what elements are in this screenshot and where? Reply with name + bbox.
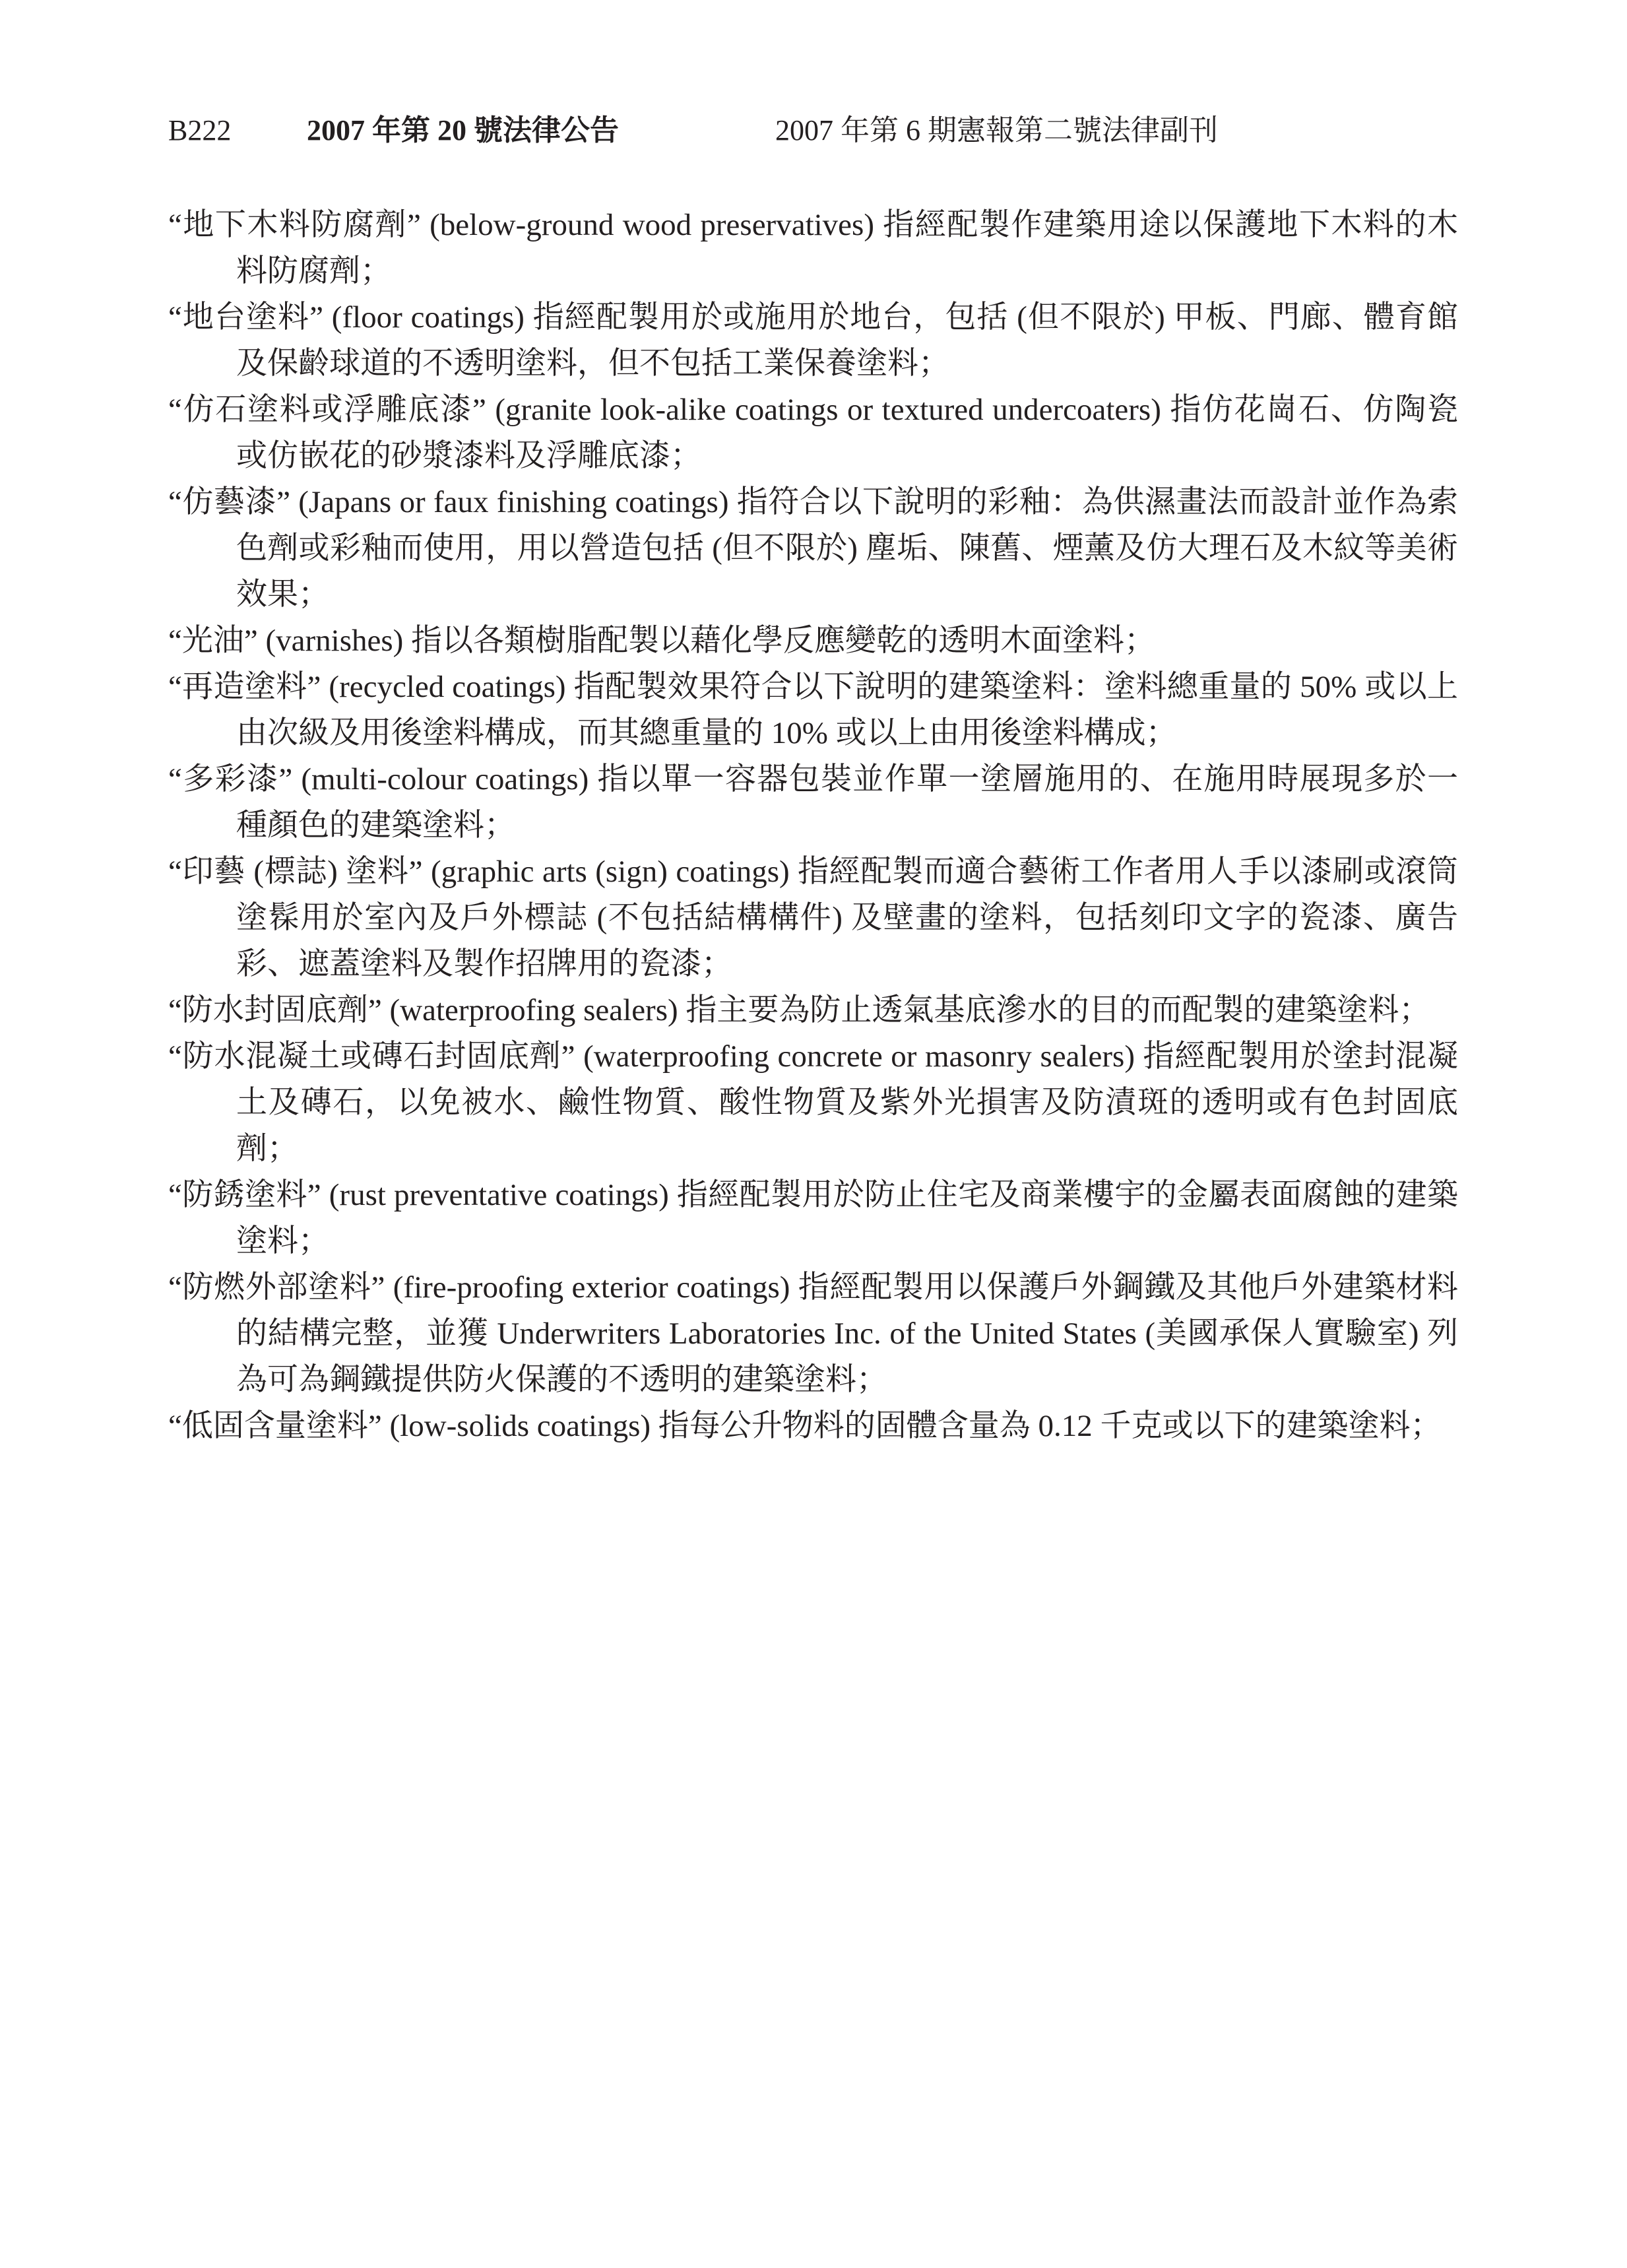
term-english: (waterproofing sealers) <box>389 993 678 1027</box>
term-english: (varnishes) <box>265 624 403 658</box>
term-chinese: “防銹塗料” <box>168 1178 321 1212</box>
term-chinese: “地台塗料” <box>168 300 323 335</box>
term-english: (waterproofing concrete or masonry seale… <box>583 1039 1135 1074</box>
page-number: B222 <box>168 111 231 150</box>
definition-multi-colour-coatings: “多彩漆” (multi-colour coatings) 指以單一容器包裝並作… <box>168 756 1458 849</box>
legal-notice-title: 2007 年第 20 號法律公告 <box>307 111 619 150</box>
term-english: (rust preventative coatings) <box>329 1178 669 1212</box>
term-chinese: “印藝 (標誌) 塗料” <box>168 855 422 889</box>
gazette-supplement-title: 2007 年第 6 期憲報第二號法律副刊 <box>775 111 1218 150</box>
page-header: B222 2007 年第 20 號法律公告 2007 年第 6 期憲報第二號法律… <box>168 111 1461 150</box>
definition-varnishes: “光油” (varnishes) 指以各類樹脂配製以藉化學反應變乾的透明木面塗料… <box>168 618 1458 664</box>
term-chinese: “再造塗料” <box>168 670 321 704</box>
definition-recycled-coatings: “再造塗料” (recycled coatings) 指配製效果符合以下說明的建… <box>168 664 1458 756</box>
term-english: (floor coatings) <box>332 300 525 335</box>
definitions-list: “地下木料防腐劑” (below-ground wood preservativ… <box>168 202 1458 1449</box>
definition-floor-coatings: “地台塗料” (floor coatings) 指經配製用於或施用於地台，包括 … <box>168 294 1458 387</box>
term-english: (graphic arts (sign) coatings) <box>431 855 790 889</box>
definition-graphic-arts-sign-coatings: “印藝 (標誌) 塗料” (graphic arts (sign) coatin… <box>168 849 1458 987</box>
term-english: (recycled coatings) <box>329 670 565 704</box>
definition-rust-preventative-coatings: “防銹塗料” (rust preventative coatings) 指經配製… <box>168 1172 1458 1264</box>
term-english: (low-solids coatings) <box>389 1409 651 1443</box>
term-english: (Japans or faux finishing coatings) <box>298 485 728 519</box>
definition-text: 指以各類樹脂配製以藉化學反應變乾的透明木面塗料； <box>411 624 1155 658</box>
term-english: (granite look-alike coatings or textured… <box>495 393 1161 427</box>
definition-japans-faux-finishing-coatings: “仿藝漆” (Japans or faux finishing coatings… <box>168 479 1458 618</box>
term-chinese: “仿石塗料或浮雕底漆” <box>168 393 486 427</box>
definition-low-solids-coatings: “低固含量塗料” (low-solids coatings) 指每公升物料的固體… <box>168 1403 1458 1449</box>
term-chinese: “光油” <box>168 624 258 658</box>
term-chinese: “地下木料防腐劑” <box>168 208 421 242</box>
definition-waterproofing-concrete-masonry-sealers: “防水混凝土或磚石封固底劑” (waterproofing concrete o… <box>168 1033 1458 1172</box>
definition-fire-proofing-exterior-coatings: “防燃外部塗料” (fire-proofing exterior coating… <box>168 1264 1458 1403</box>
term-english: (below-ground wood preservatives) <box>430 208 874 242</box>
term-chinese: “防水混凝土或磚石封固底劑” <box>168 1039 575 1074</box>
definition-text: 指主要為防止透氣基底滲水的目的而配製的建築塗料； <box>686 993 1430 1027</box>
term-english: (multi-colour coatings) <box>301 762 589 796</box>
definition-granite-look-alike-coatings: “仿石塗料或浮雕底漆” (granite look-alike coatings… <box>168 387 1458 479</box>
definition-below-ground-wood-preservatives: “地下木料防腐劑” (below-ground wood preservativ… <box>168 202 1458 294</box>
term-chinese: “低固含量塗料” <box>168 1409 382 1443</box>
definition-text: 指每公升物料的固體含量為 0.12 千克或以下的建築塗料； <box>658 1409 1442 1443</box>
definition-waterproofing-sealers: “防水封固底劑” (waterproofing sealers) 指主要為防止透… <box>168 987 1458 1033</box>
term-chinese: “防水封固底劑” <box>168 993 382 1027</box>
term-chinese: “仿藝漆” <box>168 485 290 519</box>
term-chinese: “多彩漆” <box>168 762 292 796</box>
term-english: (fire-proofing exterior coatings) <box>393 1270 790 1305</box>
term-chinese: “防燃外部塗料” <box>168 1270 385 1305</box>
